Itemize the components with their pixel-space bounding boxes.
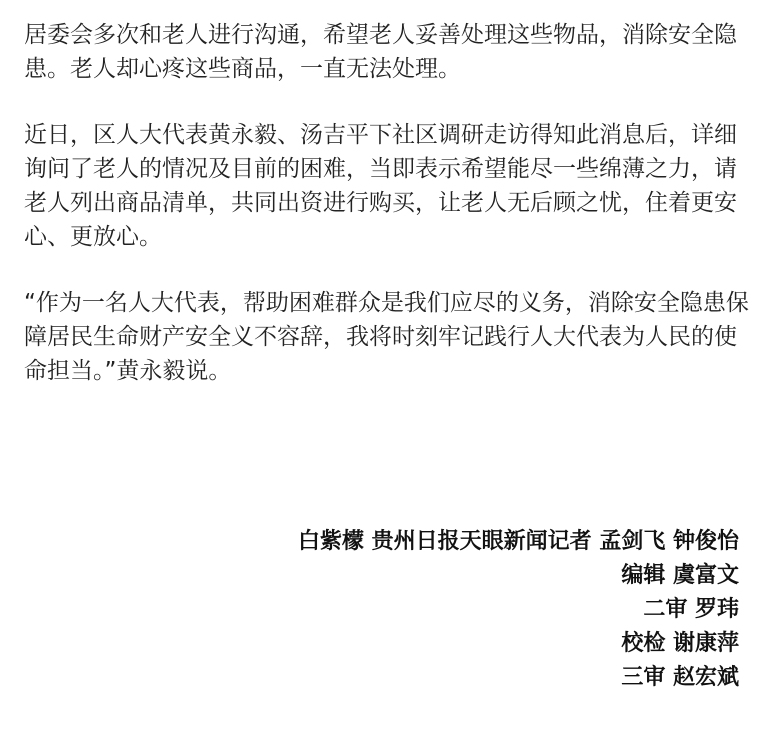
paragraph-deputies-visit: 近日，区人大代表黄永毅、汤吉平下社区调研走访得知此消息后，详细询问了老人的情况及… xyxy=(24,118,750,254)
credit-third-review: 三审 赵宏斌 xyxy=(298,661,739,695)
credit-proofreader: 校检 谢康萍 xyxy=(298,627,739,661)
paragraph-residents-committee: 居委会多次和老人进行沟通，希望老人妥善处理这些物品，消除安全隐患。老人却心疼这些… xyxy=(24,18,750,86)
credits-block: 白紫檬 贵州日报天眼新闻记者 孟剑飞 钟俊怡 编辑 虞富文 二审 罗玮 校检 谢… xyxy=(298,525,739,695)
paragraph-quote: “作为一名人大代表，帮助困难群众是我们应尽的义务，消除安全隐患保障居民生命财产安… xyxy=(24,286,750,388)
article-body: 居委会多次和老人进行沟通，希望老人妥善处理这些物品，消除安全隐患。老人却心疼这些… xyxy=(24,18,750,388)
credit-editor: 编辑 虞富文 xyxy=(298,559,739,593)
credit-second-review: 二审 罗玮 xyxy=(298,593,739,627)
credit-reporters: 白紫檬 贵州日报天眼新闻记者 孟剑飞 钟俊怡 xyxy=(298,525,739,559)
